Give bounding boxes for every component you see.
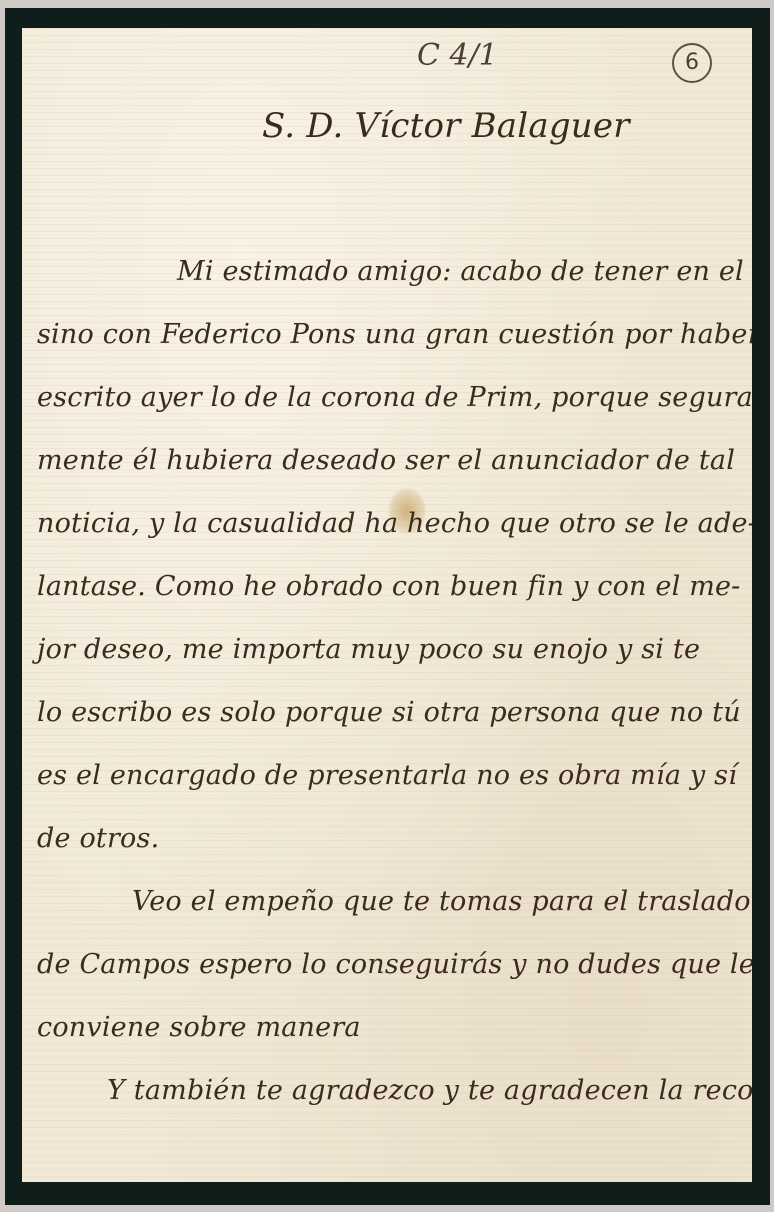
letter-line: de Campos espero lo conseguirás y no dud… (37, 949, 752, 980)
addressee: S. D. Víctor Balaguer (262, 106, 630, 146)
mourning-border: C 4/1 6 S. D. Víctor Balaguer Mi estimad… (5, 8, 770, 1205)
letter-line: sino con Federico Pons una gran cuestión… (37, 319, 752, 350)
letter-paper: C 4/1 6 S. D. Víctor Balaguer Mi estimad… (22, 28, 752, 1182)
letter-line: Veo el empeño que te tomas para el trasl… (132, 886, 751, 917)
letter-line: de otros. (37, 823, 159, 854)
letter-line: mente él hubiera deseado ser el anunciad… (37, 445, 735, 476)
letter-line: escrito ayer lo de la corona de Prim, po… (37, 382, 752, 413)
letter-line: conviene sobre manera (37, 1012, 361, 1043)
letter-line: Mi estimado amigo: acabo de tener en el … (177, 256, 752, 287)
letter-line: jor deseo, me importa muy poco su enojo … (37, 634, 700, 665)
letter-line: lantase. Como he obrado con buen fin y c… (37, 571, 741, 602)
letter-line: lo escribo es solo porque si otra person… (37, 697, 741, 728)
letter-line: Y también te agradezco y te agradecen la… (107, 1075, 752, 1106)
archive-reference: C 4/1 (417, 38, 498, 73)
letter-line: es el encargado de presentarla no es obr… (37, 760, 737, 791)
letter-line: noticia, y la casualidad ha hecho que ot… (37, 508, 752, 539)
folio-number: 6 (672, 43, 712, 83)
